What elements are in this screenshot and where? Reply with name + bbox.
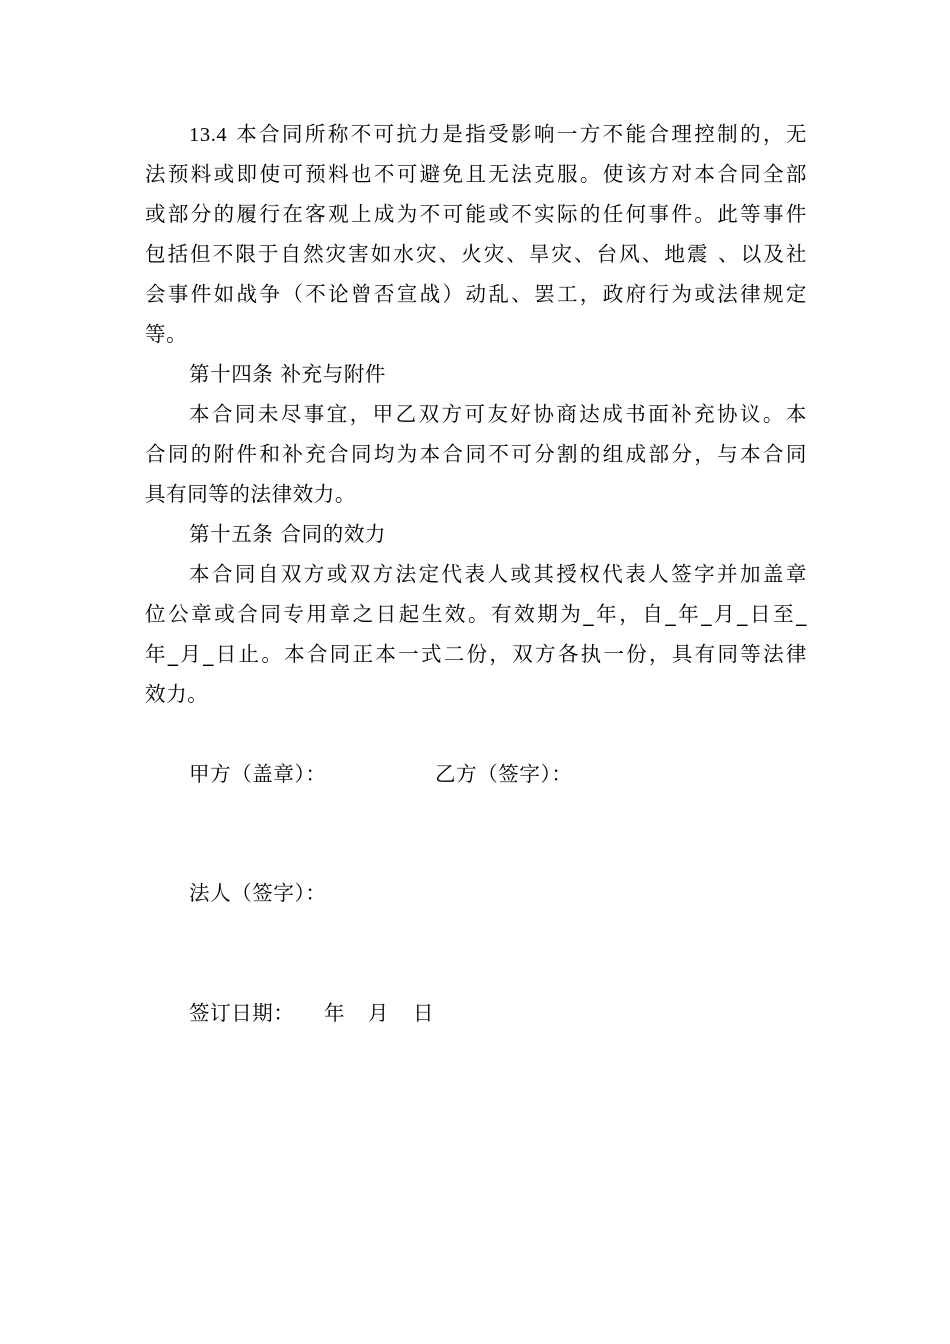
article-14-line-2: 合同的附件和补充合同均为本合同不可分割的组成部分，与本合同 [145, 434, 807, 474]
article-15-line-3: 年_月_日止。本合同正本一式二份，双方各执一份，具有同等法律 [145, 634, 807, 674]
signing-date-month: 月 [368, 993, 389, 1033]
clause-text: 本合同所称不可抗力是指受影响一方不能合理控制的，无 [236, 122, 807, 146]
article-15-line-1: 本合同自双方或双方法定代表人或其授权代表人签字并加盖章 [145, 554, 807, 594]
clause-number: 13.4 [189, 124, 227, 146]
legal-rep-signature-label: 法人（签字）： [189, 873, 326, 913]
signing-date-label: 签订日期： [189, 993, 295, 1033]
article-14-line-3: 具有同等的法律效力。 [145, 474, 807, 514]
article-15-line-2: 位公章或合同专用章之日起生效。有效期为_年，自_年_月_日至_ [145, 594, 807, 634]
clause-13-4-line-3: 或部分的履行在客观上成为不可能或不实际的任何事件。此等事件 [145, 194, 807, 234]
signing-date-day: 日 [413, 993, 434, 1033]
article-15-line-4: 效力。 [145, 674, 807, 714]
clause-13-4-line-1: 13.4 本合同所称不可抗力是指受影响一方不能合理控制的，无 [145, 114, 807, 154]
clause-13-4-line-2: 法预料或即使可预料也不可避免且无法克服。使该方对本合同全部 [145, 154, 807, 194]
article-14-heading: 第十四条 补充与附件 [145, 354, 807, 394]
contract-page: 13.4 本合同所称不可抗力是指受影响一方不能合理控制的，无 法预料或即使可预料… [145, 114, 807, 714]
clause-13-4-line-5: 会事件如战争（不论曾否宣战）动乱、罢工，政府行为或法律规定 [145, 274, 807, 314]
clause-13-4-line-4: 包括但不限于自然灾害如水灾、火灾、旱灾、台风、地震 、以及社 [145, 234, 807, 274]
clause-13-4-line-6: 等。 [145, 314, 807, 354]
signing-date-year: 年 [324, 993, 345, 1033]
party-a-seal-label: 甲方（盖章）： [189, 754, 326, 794]
article-14-line-1: 本合同未尽事宜，甲乙双方可友好协商达成书面补充协议。本 [145, 394, 807, 434]
party-b-signature-label: 乙方（签字）： [435, 754, 572, 794]
article-15-heading: 第十五条 合同的效力 [145, 514, 807, 554]
